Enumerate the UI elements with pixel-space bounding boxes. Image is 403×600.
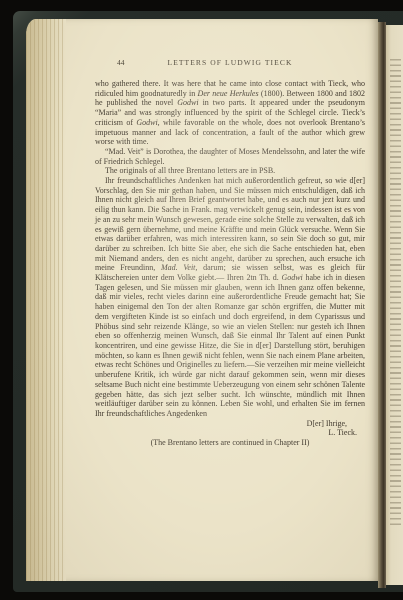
running-header: 44 LETTERS OF LUDWIG TIECK — [95, 58, 365, 67]
facing-page — [386, 25, 403, 585]
editorial-note-paragraph: “Mad. Veit” is Dorothea, the daughter of… — [95, 147, 365, 166]
signature-block: D[er] Ihrige, L. Tieck. — [95, 419, 365, 438]
letter-body: Ihr freundschaftliches Andenken hat mich… — [95, 176, 365, 419]
text-block: who gathered there. It was here that he … — [95, 79, 365, 448]
running-header-title: LETTERS OF LUDWIG TIECK — [168, 58, 293, 67]
book-gutter — [378, 22, 386, 588]
book-page: 44 LETTERS OF LUDWIG TIECK who gathered … — [26, 19, 378, 581]
editorial-note-paragraph: who gathered there. It was here that he … — [95, 79, 365, 147]
page-number: 44 — [117, 58, 125, 67]
editorial-note-paragraph: The originals of all three Brentano lett… — [95, 166, 365, 176]
signature-name: L. Tieck. — [95, 428, 365, 438]
signature-valediction: D[er] Ihrige, — [95, 419, 365, 429]
continuation-note: (The Brentano letters are continued in C… — [95, 438, 365, 448]
